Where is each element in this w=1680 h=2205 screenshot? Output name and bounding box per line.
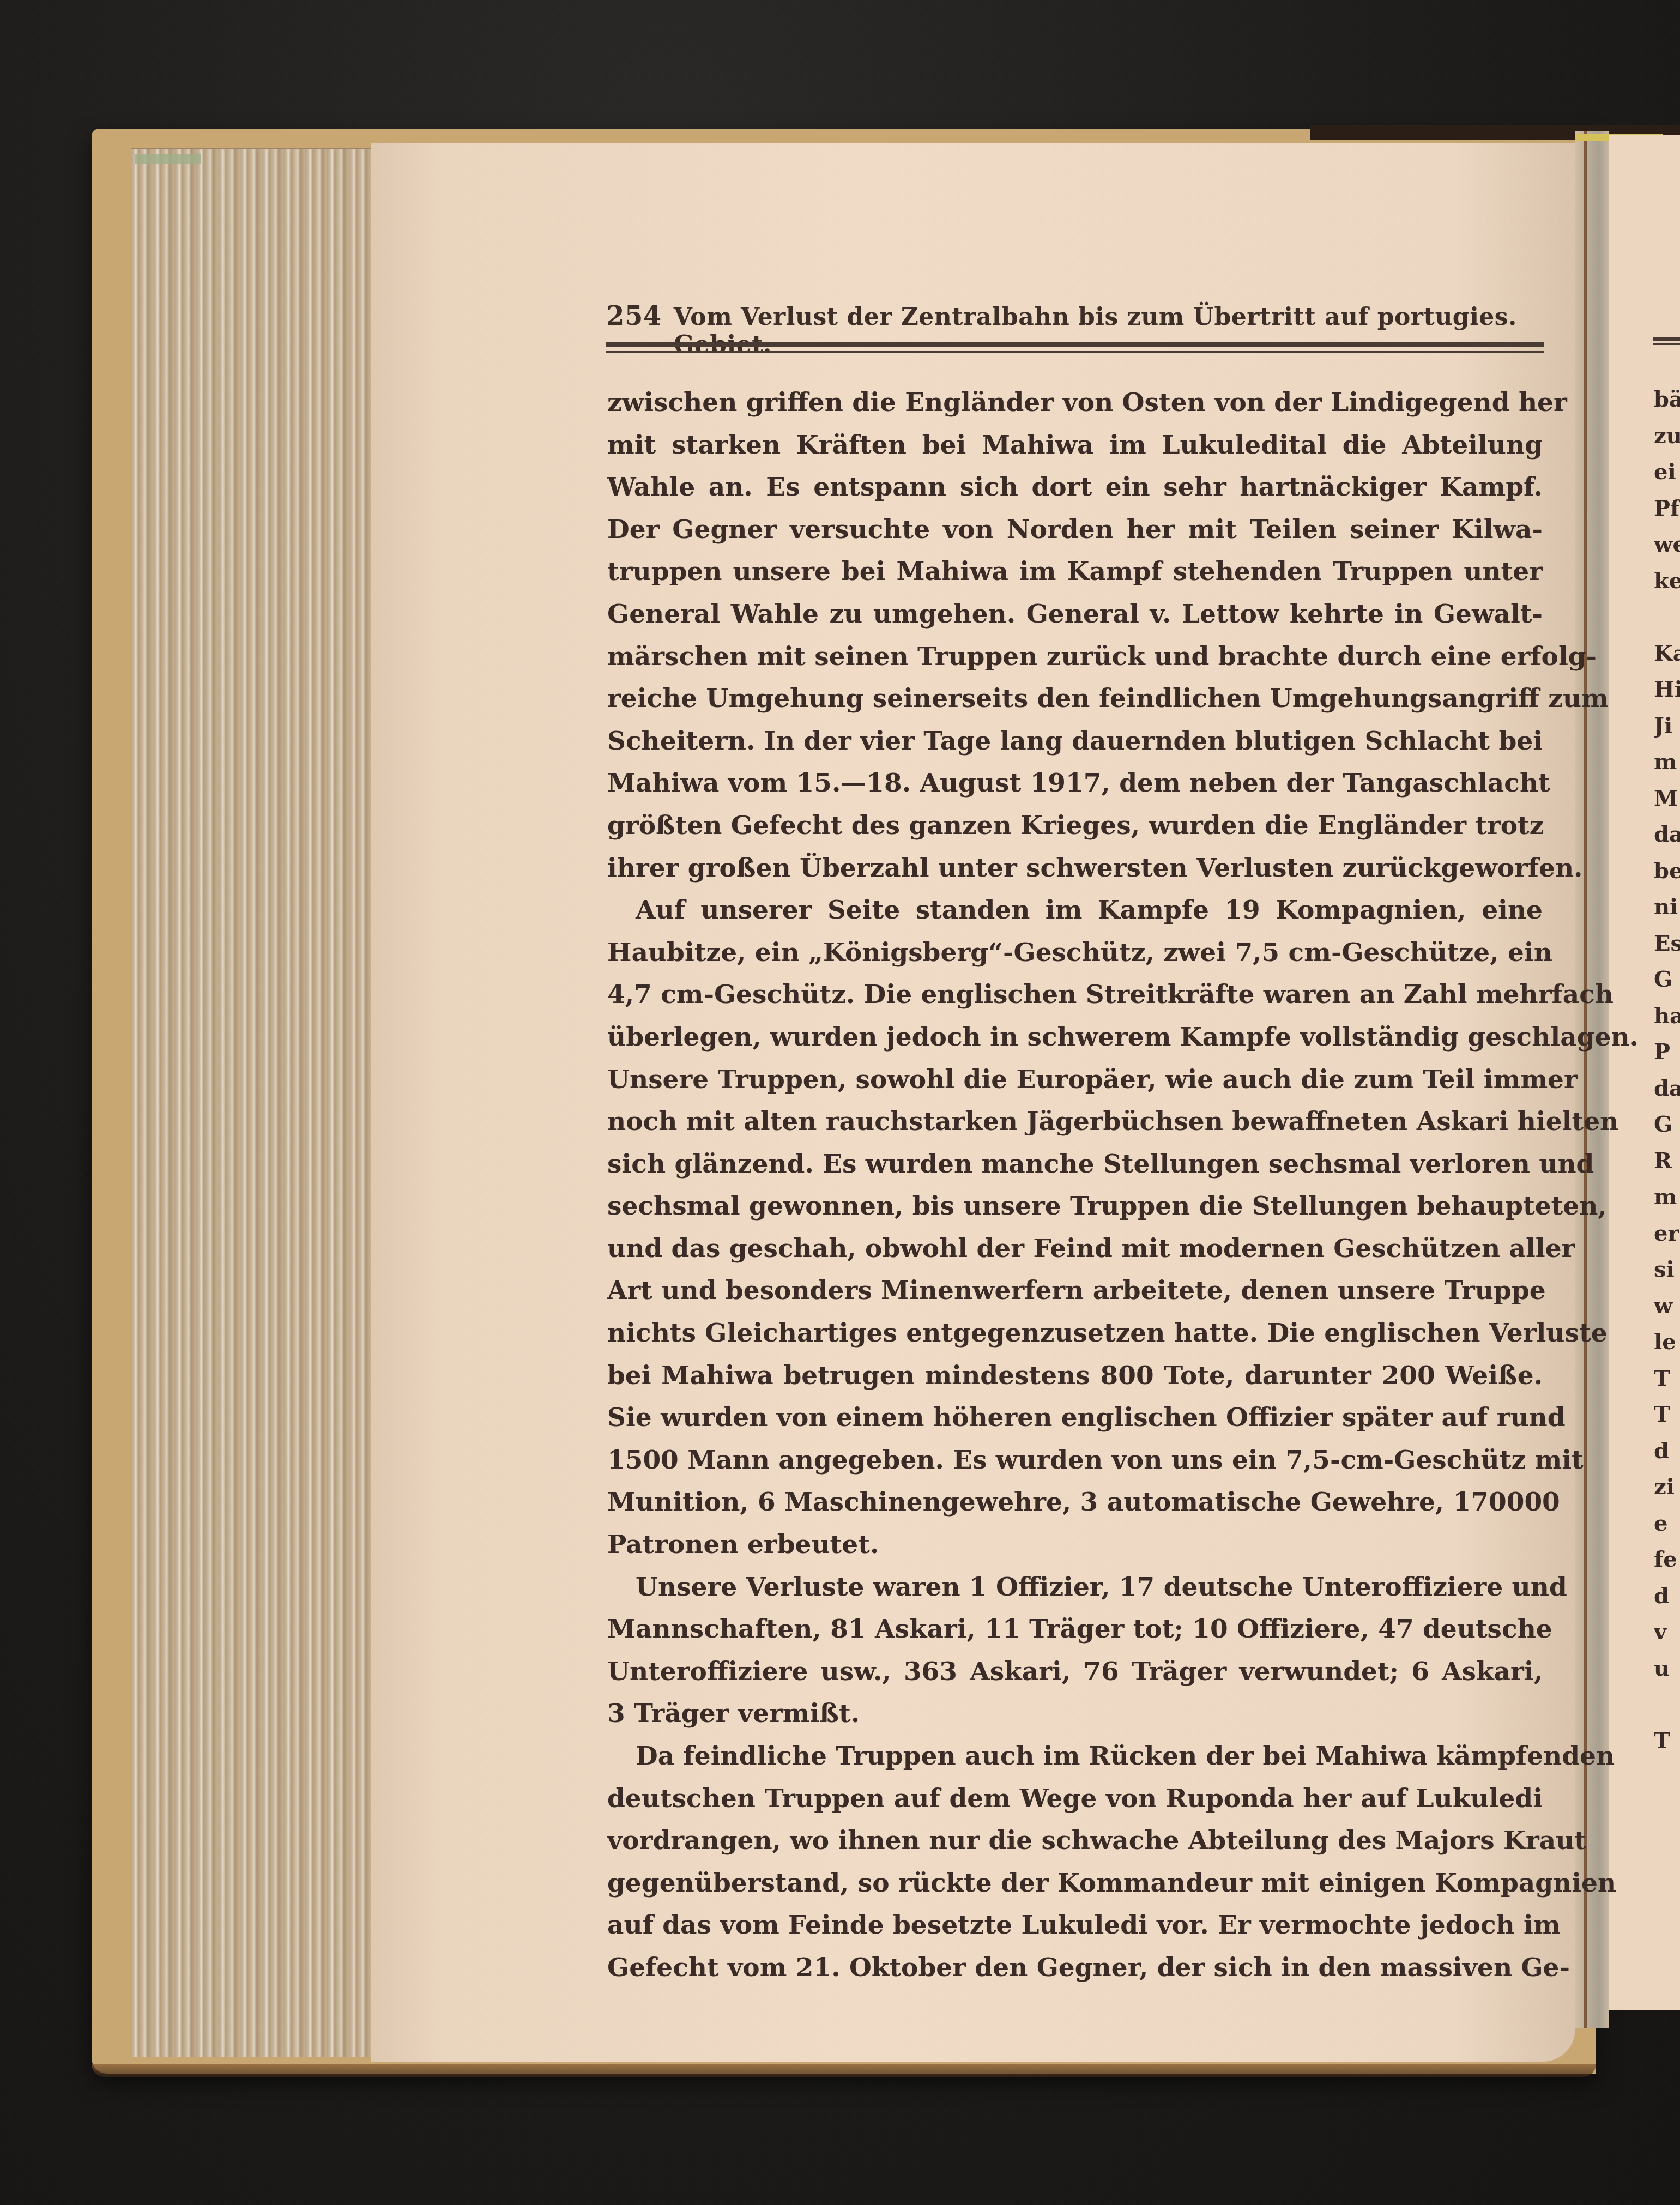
text-line: Unsere Truppen, sowohl die Europäer, wie… [607,1059,1543,1101]
facing-text-fragment: zi [1654,1469,1680,1506]
facing-text-fragment: kei [1654,563,1680,600]
facing-text-fragment: be [1654,853,1680,890]
text-line: Wahle an. Es entspann sich dort ein sehr… [607,466,1543,509]
facing-text-fragment: Ji [1654,708,1680,745]
facing-text-fragment: si [1654,1252,1680,1288]
text-line: und das geschah, obwohl der Feind mit mo… [607,1228,1543,1270]
text-line: Scheitern. In der vier Tage lang dauernd… [607,720,1543,763]
text-line: märschen mit seinen Truppen zurück und b… [607,636,1543,678]
facing-text-fragment: ni [1654,889,1680,926]
text-line: Sie wurden von einem höheren englischen … [607,1397,1543,1439]
facing-text-fragment: Ka [1654,636,1680,672]
text-line: Mannschaften, 81 Askari, 11 Träger tot; … [607,1608,1543,1651]
text-line: nichts Gleichartiges entgegenzusetzen ha… [607,1312,1543,1355]
text-line: Unteroffiziere usw., 363 Askari, 76 Träg… [607,1651,1543,1693]
facing-text-fragment: fe [1654,1542,1680,1578]
text-line: 1500 Mann angegeben. Es wurden von uns e… [607,1439,1543,1482]
text-line: Auf unserer Seite standen im Kampfe 19 K… [607,889,1543,932]
facing-text-fragment: G [1654,962,1680,998]
text-line: Patronen erbeutet. [607,1524,1543,1566]
text-line: auf das vom Feinde besetzte Lukuledi vor… [607,1904,1543,1947]
facing-text-fragment: w [1654,1288,1680,1325]
facing-text-fragment: T [1654,1361,1680,1397]
facing-text-fragment: T [1654,1723,1680,1760]
facing-text-fragment: T [1654,1397,1680,1433]
text-line: truppen unsere bei Mahiwa im Kampf stehe… [607,551,1543,593]
facing-text-fragment: Pf [1654,491,1680,527]
facing-text-fragment: ei [1654,454,1680,491]
text-line: Haubitze, ein „Königsberg“-Geschütz, zwe… [607,932,1543,974]
facing-text-fragment: le [1654,1324,1680,1361]
facing-text-fragment: zu [1654,418,1680,455]
text-line: mit starken Kräften bei Mahiwa im Lukule… [607,424,1543,467]
text-line: sich glänzend. Es wurden manche Stellung… [607,1143,1543,1186]
facing-text-fragment [1654,1687,1680,1723]
facing-text-fragment: ha [1654,998,1680,1035]
facing-text-fragment: M [1654,781,1680,817]
text-line: bei Mahiwa betrugen mindestens 800 Tote,… [607,1355,1543,1397]
facing-text-fragment: d [1654,1578,1680,1615]
text-line: Da feindliche Truppen auch im Rücken der… [607,1735,1543,1778]
facing-text-fragment: R [1654,1143,1680,1180]
text-line: Gefecht vom 21. Oktober den Gegner, der … [607,1947,1543,1989]
header-rule-thick [606,342,1544,347]
text-line: Munition, 6 Maschinengewehre, 3 automati… [607,1481,1543,1524]
facing-text-fragment [1654,599,1680,636]
text-line: reiche Umgehung seinerseits den feindlic… [607,678,1543,720]
facing-text-fragment: Es [1654,926,1680,962]
text-line: General Wahle zu umgehen. General v. Let… [607,593,1543,636]
facing-text-fragment: er [1654,1216,1680,1252]
text-line: Der Gegner versuchte von Norden her mit … [607,509,1543,551]
facing-text-fragment: da [1654,1071,1680,1107]
text-line: zwischen griffen die Engländer von Osten… [607,382,1543,424]
text-line: 3 Träger vermißt. [607,1693,1543,1735]
facing-text-fragment: P [1654,1034,1680,1071]
facing-text-fragment: v [1654,1614,1680,1651]
facing-header-rule-thin [1653,343,1680,345]
text-line: vordrangen, wo ihnen nur die schwache Ab… [607,1820,1543,1862]
facing-text-fragment: u [1654,1651,1680,1687]
facing-text-fragment: e [1654,1506,1680,1542]
facing-text-fragment: bä [1654,382,1680,418]
page-edge-stack [131,148,371,2057]
facing-text-fragment: we [1654,527,1680,563]
text-line: Unsere Verluste waren 1 Offizier, 17 deu… [607,1566,1543,1609]
body-text: zwischen griffen die Engländer von Osten… [607,382,1543,1989]
chapter-title: Vom Verlust der Zentralbahn bis zum Über… [674,303,1544,359]
text-line: Art und besonders Minenwerfern arbeitete… [607,1270,1543,1312]
facing-text-fragment: G [1654,1107,1680,1143]
facing-header-rule [1653,337,1680,341]
header-rule-thin [606,351,1544,353]
running-header: 254 Vom Verlust der Zentralbahn bis zum … [606,301,1544,359]
page-number: 254 [606,301,662,331]
text-line: 4,7 cm-Geschütz. Die englischen Streitkr… [607,974,1543,1016]
facing-text-fragment: m [1654,744,1680,781]
facing-text-fragment: m [1654,1179,1680,1216]
text-line: deutschen Truppen auf dem Wege von Rupon… [607,1778,1543,1820]
endpaper-tab [135,154,201,164]
facing-text-fragment: Hi [1654,672,1680,708]
text-line: überlegen, wurden jedoch in schwerem Kam… [607,1016,1543,1059]
text-line: Mahiwa vom 15.—18. August 1917, dem nebe… [607,762,1543,805]
facing-page-text: bäzueiPfwekeiKaHiJimMdabeniEsGhaPdaGRmer… [1654,382,1680,1759]
text-line: sechsmal gewonnen, bis unsere Truppen di… [607,1185,1543,1228]
facing-text-fragment: da [1654,817,1680,853]
text-line: gegenüberstand, so rückte der Kommandeur… [607,1862,1543,1905]
facing-text-fragment: d [1654,1433,1680,1470]
text-line: größten Gefecht des ganzen Krieges, wurd… [607,805,1543,847]
text-line: ihrer großen Überzahl unter schwersten V… [607,847,1543,890]
text-line: noch mit alten rauchstarken Jägerbüchsen… [607,1101,1543,1143]
